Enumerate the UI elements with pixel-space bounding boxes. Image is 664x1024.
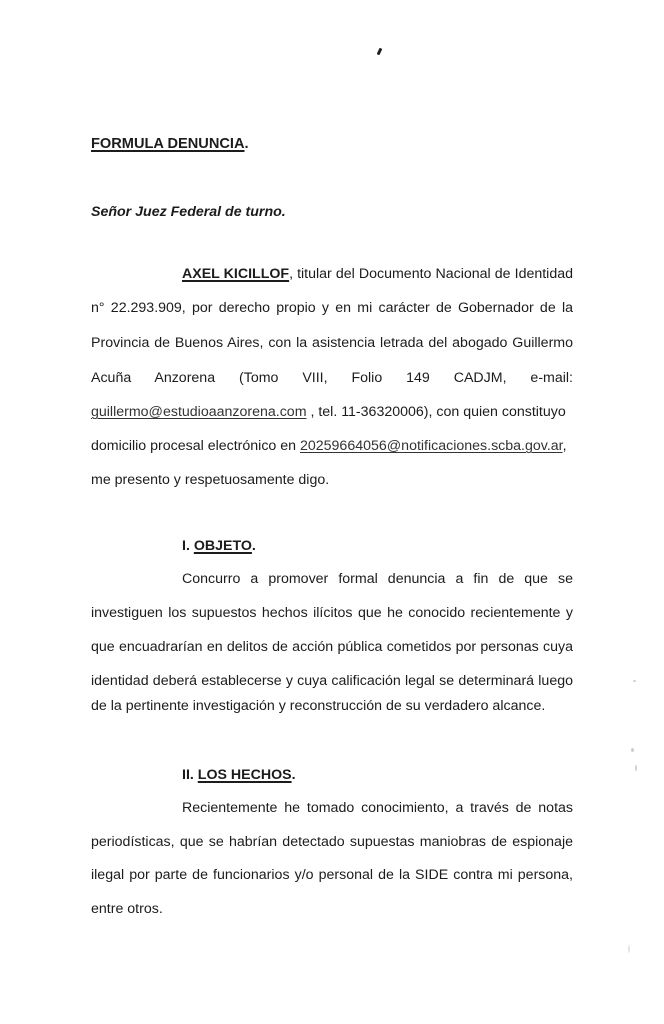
scan-mark <box>377 48 383 56</box>
intro-line-1: AXEL KICILLOF, titular del Documento Nac… <box>182 265 573 283</box>
hechos-line-2: periodísticas, que se habrían detectado … <box>91 833 573 851</box>
electronic-address-link[interactable]: 20259664056@notificaciones.scba.gov.ar <box>300 438 563 454</box>
intro-line-4: Acuña Anzorena (Tomo VIII, Folio 149 CAD… <box>91 369 573 387</box>
objeto-line-1: Concurro a promover formal denuncia a fi… <box>182 570 573 588</box>
scan-speck <box>633 680 636 682</box>
document-title-text: FORMULA DENUNCIA <box>91 136 245 152</box>
document-page: FORMULA DENUNCIA. Señor Juez Federal de … <box>0 0 664 1024</box>
complainant-name: AXEL KICILLOF <box>182 266 289 282</box>
scan-speck <box>631 748 634 752</box>
intro-line-7: me presento y respetuosamente digo. <box>91 471 573 489</box>
hechos-line-1: Recientemente he tomado conocimiento, a … <box>182 799 573 817</box>
section-heading-objeto: I. OBJETO. <box>182 537 664 555</box>
objeto-line-2: investiguen los supuestos hechos ilícito… <box>91 604 573 622</box>
email-link[interactable]: guillermo@estudioaanzorena.com <box>91 404 307 420</box>
document-title: FORMULA DENUNCIA. <box>91 135 573 153</box>
objeto-line-4: identidad deberá establecerse y cuya cal… <box>91 672 573 690</box>
objeto-line-5: de la pertinente investigación y reconst… <box>91 697 573 715</box>
intro-line-3: Provincia de Buenos Aires, con la asiste… <box>91 334 573 352</box>
hechos-line-3: ilegal por parte de funcionarios y/o per… <box>91 866 573 884</box>
scan-speck <box>628 945 630 953</box>
section-heading-hechos: II. LOS HECHOS. <box>182 766 664 784</box>
salutation: Señor Juez Federal de turno. <box>91 203 573 221</box>
hechos-line-4: entre otros. <box>91 900 573 918</box>
objeto-line-3: que encuadrarían en delitos de acción pú… <box>91 638 573 656</box>
intro-line-5: guillermo@estudioaanzorena.com , tel. 11… <box>91 403 573 421</box>
intro-line-6: domicilio procesal electrónico en 202596… <box>91 437 573 455</box>
intro-line-2: n° 22.293.909, por derecho propio y en m… <box>91 299 573 317</box>
